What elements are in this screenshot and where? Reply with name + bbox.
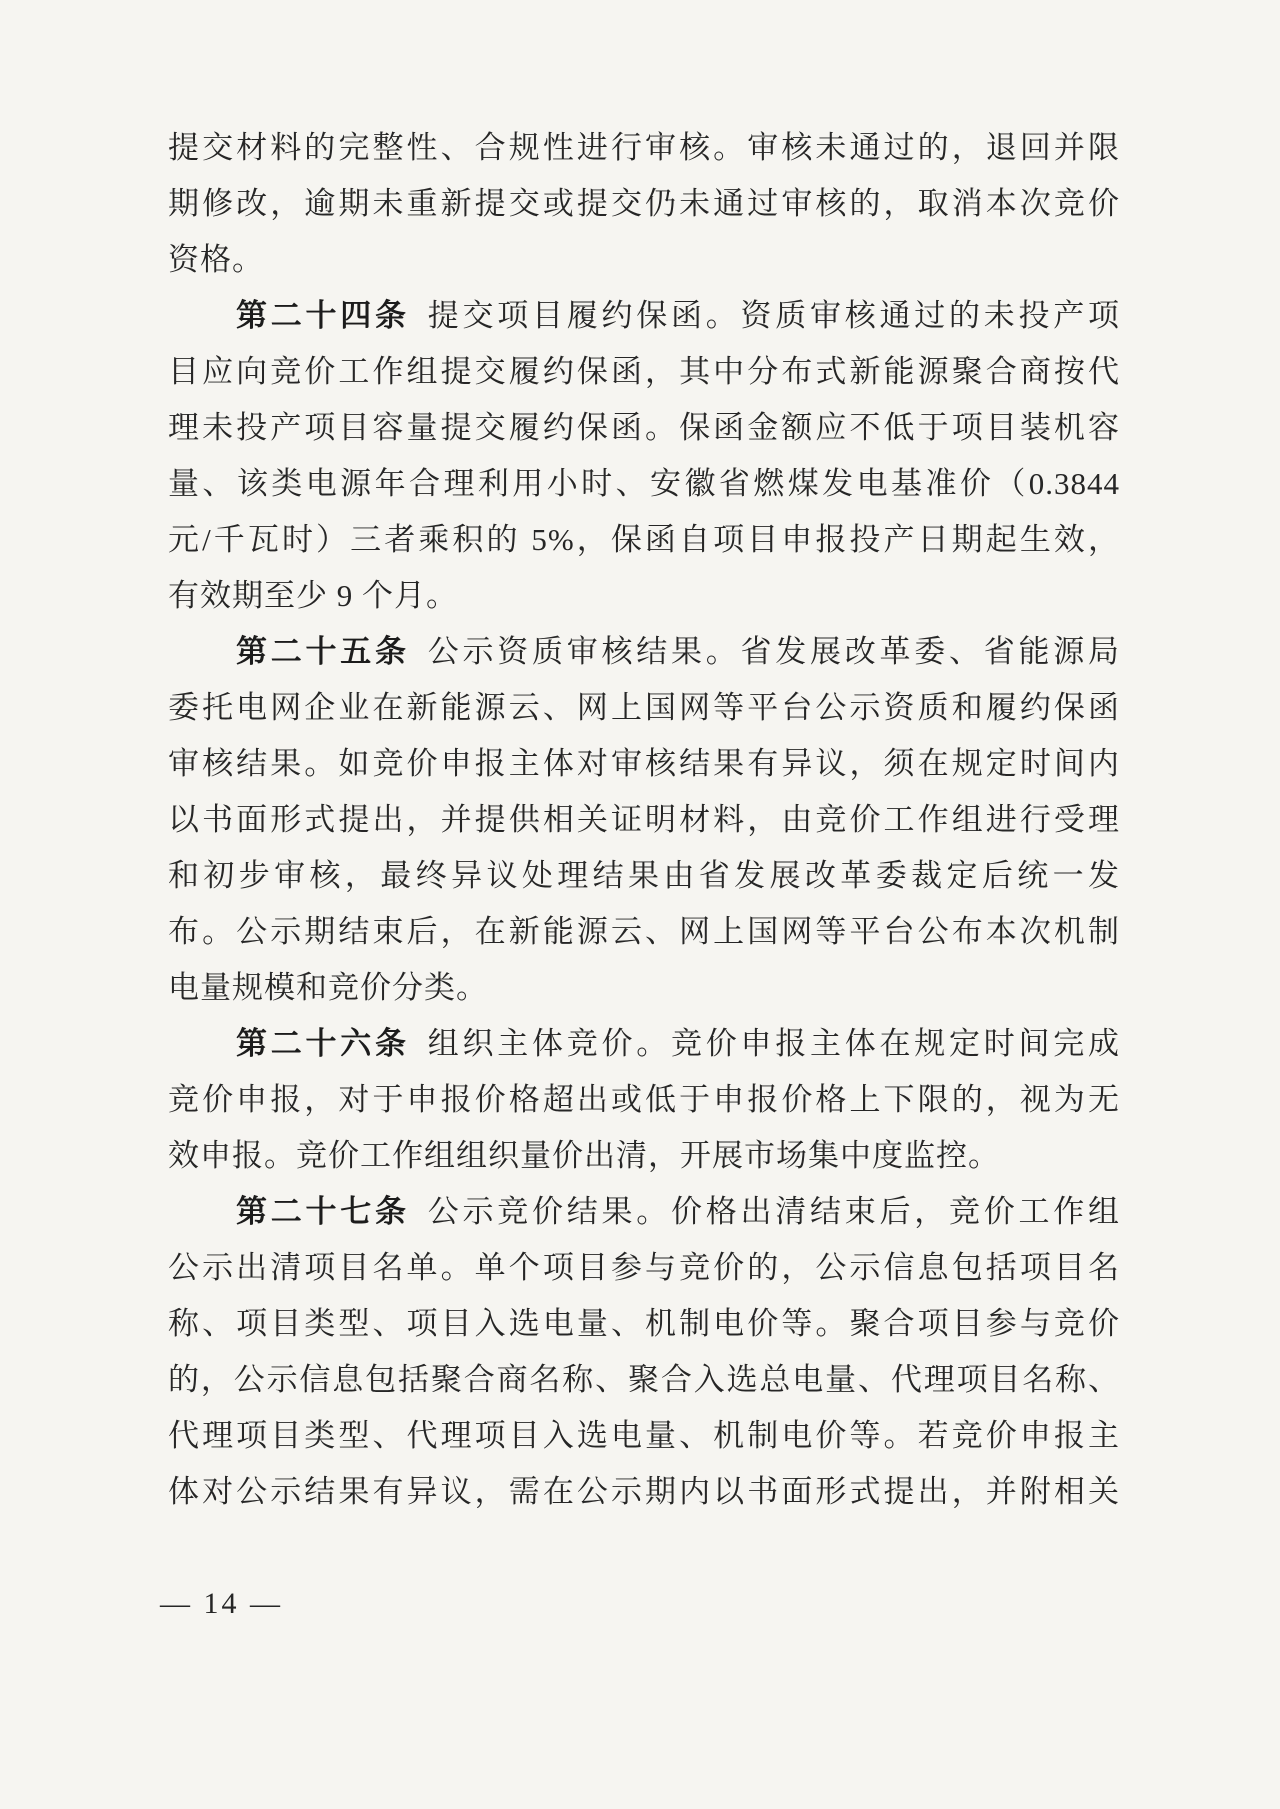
text-line: 第二十四条提交项目履约保函。资质审核通过的未投产项: [168, 288, 1120, 344]
line-text: 公示出清项目名单。单个项目参与竞价的，公示信息包括项目名: [168, 1250, 1120, 1285]
text-line: 提交材料的完整性、合规性进行审核。审核未通过的，退回并限: [168, 120, 1120, 176]
text-line: 称、项目类型、项目入选电量、机制电价等。聚合项目参与竞价: [168, 1296, 1120, 1352]
line-text: 理未投产项目容量提交履约保函。保函金额应不低于项目装机容: [168, 410, 1120, 445]
line-text: 量、该类电源年合理利用小时、安徽省燃煤发电基准价（0.3844: [168, 466, 1120, 501]
line-text: 委托电网企业在新能源云、网上国网等平台公示资质和履约保函: [168, 690, 1120, 725]
text-line: 量、该类电源年合理利用小时、安徽省燃煤发电基准价（0.3844: [168, 456, 1120, 512]
text-line: 第二十七条公示竞价结果。价格出清结束后，竞价工作组: [168, 1184, 1120, 1240]
page-number: — 14 —: [160, 1582, 283, 1626]
text-line: 布。公示期结束后，在新能源云、网上国网等平台公布本次机制: [168, 904, 1120, 960]
line-text: 和初步审核，最终异议处理结果由省发展改革委裁定后统一发: [168, 858, 1120, 893]
article-number-label: 第二十六条: [236, 1026, 410, 1061]
line-text: 称、项目类型、项目入选电量、机制电价等。聚合项目参与竞价: [168, 1306, 1120, 1341]
document-body: 提交材料的完整性、合规性进行审核。审核未通过的，退回并限期修改，逾期未重新提交或…: [168, 120, 1120, 1520]
line-text: 公示资质审核结果。省发展改革委、省能源局: [428, 634, 1120, 669]
text-line: 以书面形式提出，并提供相关证明材料，由竞价工作组进行受理: [168, 792, 1120, 848]
line-text: 组织主体竞价。竞价申报主体在规定时间完成: [428, 1026, 1120, 1061]
text-line: 代理项目类型、代理项目入选电量、机制电价等。若竞价申报主: [168, 1408, 1120, 1464]
text-line: 第二十五条公示资质审核结果。省发展改革委、省能源局: [168, 624, 1120, 680]
text-line: 元/千瓦时）三者乘积的 5%，保函自项目申报投产日期起生效，: [168, 512, 1120, 568]
text-line: 竞价申报，对于申报价格超出或低于申报价格上下限的，视为无: [168, 1072, 1120, 1128]
text-line: 体对公示结果有异议，需在公示期内以书面形式提出，并附相关: [168, 1464, 1120, 1520]
line-text: 布。公示期结束后，在新能源云、网上国网等平台公布本次机制: [168, 914, 1120, 949]
line-text: 体对公示结果有异议，需在公示期内以书面形式提出，并附相关: [168, 1474, 1120, 1509]
line-text: 电量规模和竞价分类。: [168, 970, 488, 1005]
text-line: 效申报。竞价工作组组织量价出清，开展市场集中度监控。: [168, 1128, 1120, 1184]
text-line: 第二十六条组织主体竞价。竞价申报主体在规定时间完成: [168, 1016, 1120, 1072]
text-line: 审核结果。如竞价申报主体对审核结果有异议，须在规定时间内: [168, 736, 1120, 792]
text-line: 目应向竞价工作组提交履约保函，其中分布式新能源聚合商按代: [168, 344, 1120, 400]
text-line: 委托电网企业在新能源云、网上国网等平台公示资质和履约保函: [168, 680, 1120, 736]
text-line: 的，公示信息包括聚合商名称、聚合入选总电量、代理项目名称、: [168, 1352, 1120, 1408]
text-line: 公示出清项目名单。单个项目参与竞价的，公示信息包括项目名: [168, 1240, 1120, 1296]
line-text: 有效期至少 9 个月。: [168, 578, 458, 613]
article-number-label: 第二十七条: [236, 1194, 410, 1229]
line-text: 效申报。竞价工作组组织量价出清，开展市场集中度监控。: [168, 1138, 1000, 1173]
line-text: 提交材料的完整性、合规性进行审核。审核未通过的，退回并限: [168, 130, 1120, 165]
line-text: 代理项目类型、代理项目入选电量、机制电价等。若竞价申报主: [168, 1418, 1120, 1453]
article-number-label: 第二十四条: [236, 298, 410, 333]
line-text: 期修改，逾期未重新提交或提交仍未通过审核的，取消本次竞价: [168, 186, 1120, 221]
line-text: 竞价申报，对于申报价格超出或低于申报价格上下限的，视为无: [168, 1082, 1120, 1117]
text-line: 理未投产项目容量提交履约保函。保函金额应不低于项目装机容: [168, 400, 1120, 456]
line-text: 提交项目履约保函。资质审核通过的未投产项: [428, 298, 1120, 333]
text-line: 资格。: [168, 232, 1120, 288]
text-line: 和初步审核，最终异议处理结果由省发展改革委裁定后统一发: [168, 848, 1120, 904]
line-text: 目应向竞价工作组提交履约保函，其中分布式新能源聚合商按代: [168, 354, 1120, 389]
line-text: 公示竞价结果。价格出清结束后，竞价工作组: [428, 1194, 1120, 1229]
line-text: 以书面形式提出，并提供相关证明材料，由竞价工作组进行受理: [168, 802, 1120, 837]
text-line: 期修改，逾期未重新提交或提交仍未通过审核的，取消本次竞价: [168, 176, 1120, 232]
article-number-label: 第二十五条: [236, 634, 410, 669]
line-text: 元/千瓦时）三者乘积的 5%，保函自项目申报投产日期起生效，: [168, 522, 1120, 557]
line-text: 审核结果。如竞价申报主体对审核结果有异议，须在规定时间内: [168, 746, 1120, 781]
line-text: 资格。: [168, 242, 264, 277]
text-line: 电量规模和竞价分类。: [168, 960, 1120, 1016]
line-text: 的，公示信息包括聚合商名称、聚合入选总电量、代理项目名称、: [168, 1362, 1120, 1397]
text-line: 有效期至少 9 个月。: [168, 568, 1120, 624]
